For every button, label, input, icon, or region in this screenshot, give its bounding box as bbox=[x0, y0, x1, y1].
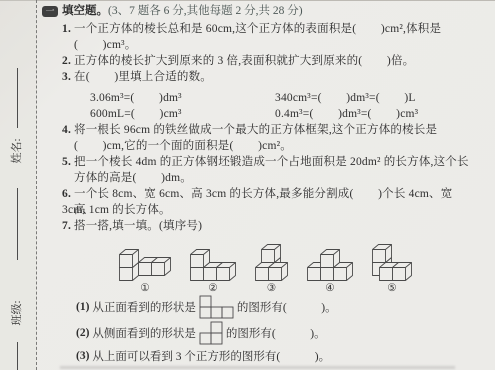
sub-question-2-after: 的图形有( )。 bbox=[226, 325, 326, 341]
extra-blank-line bbox=[17, 342, 18, 370]
section-title: 填空题。 bbox=[62, 3, 108, 19]
name-blank-line bbox=[17, 68, 18, 128]
question-6-number: 6. bbox=[62, 188, 71, 200]
question-4-text: 将一根长 96cm 的铁丝做成一个最大的正方体框架,这个正方体的棱长是 bbox=[74, 124, 437, 136]
class-label: 班级: bbox=[8, 298, 24, 328]
cube-figure-2: ② bbox=[189, 248, 237, 294]
sub-question-2-before: 从侧面看到的形状是 bbox=[92, 325, 196, 341]
question-4-number: 4. bbox=[62, 124, 71, 136]
question-3-conversion-row-2: 600mL=( )cm³0.4m³=( )dm³=( )cm³ bbox=[90, 106, 486, 122]
question-1-text: 一个正方体的棱长总和是 60cm,这个正方体的表面积是( )cm²,体积是 bbox=[74, 23, 441, 35]
question-3-number: 3. bbox=[62, 71, 71, 83]
sub-question-3-text: 从上面可以看到 3 个正方形的图形有( )。 bbox=[92, 348, 330, 364]
cube-figure-3: ③ bbox=[254, 243, 289, 294]
question-1-line-1: 1.一个正方体的棱长总和是 60cm,这个正方体的表面积是( )cm²,体积是 bbox=[62, 21, 486, 37]
class-blank-line bbox=[17, 188, 18, 260]
question-6-line-2: 高 1cm 的长方体。 bbox=[74, 202, 486, 218]
page-top-edge bbox=[0, 0, 495, 1]
name-label: 姓名: bbox=[8, 136, 24, 166]
question-4-line-1: 4.将一根长 96cm 的铁丝做成一个最大的正方体框架,这个正方体的棱长是 bbox=[62, 122, 486, 138]
sub-question-2-number: (2) bbox=[76, 327, 89, 339]
question-4-line-2: ( )cm,它的一个面的面积是( )cm²。 bbox=[74, 138, 486, 154]
question-3-text: 在( )里填上合适的数。 bbox=[74, 71, 212, 83]
figure-label-4: ④ bbox=[325, 283, 334, 294]
next-line-cut-remnant bbox=[60, 366, 455, 369]
question-3-line-1: 3.在( )里填上合适的数。 bbox=[62, 69, 486, 85]
cube-figure-4: ④ bbox=[306, 248, 354, 294]
sub-question-1-before: 从正面看到的形状是 bbox=[92, 299, 196, 315]
cube-figure-1: ① bbox=[118, 248, 172, 294]
conversion-2-left: 600mL=( )cm³ bbox=[90, 106, 275, 122]
sub-question-2: (2)从侧面看到的形状是的图形有( )。 bbox=[76, 320, 486, 346]
figure-label-1: ① bbox=[140, 283, 149, 294]
question-2-number: 2. bbox=[62, 55, 71, 67]
question-7-line-1: 7.搭一搭,填一填。(填序号) bbox=[62, 218, 486, 234]
question-5-line-2: 方体的高是( )dm。 bbox=[74, 170, 486, 186]
figure-label-2: ② bbox=[208, 283, 217, 294]
conversion-2-right: 0.4m³=( )dm³=( )cm³ bbox=[275, 106, 418, 122]
question-2-text: 正方体的棱长扩大到原来的 3 倍,表面积就扩大到原来的( )倍。 bbox=[74, 55, 414, 67]
conversion-1-left: 3.06m³=( )dm³ bbox=[90, 90, 275, 106]
cube-figures-row: ①②③④⑤ bbox=[118, 240, 486, 294]
side-view-shape bbox=[199, 321, 223, 345]
section-number-badge: 一 bbox=[42, 6, 58, 17]
question-3-conversion-row-1: 3.06m³=( )dm³340cm³=( )dm³=( )L bbox=[90, 90, 486, 106]
conversion-1-right: 340cm³=( )dm³=( )L bbox=[275, 90, 416, 106]
question-1-line-2: ( )cm³。 bbox=[74, 37, 486, 53]
worksheet-content: 一 填空题。 (3、7 题各 6 分,其他每题 2 分,共 28 分) 1.一个… bbox=[42, 3, 486, 366]
section-score-note: (3、7 题各 6 分,其他每题 2 分,共 28 分) bbox=[108, 3, 303, 19]
question-5-number: 5. bbox=[62, 156, 71, 168]
question-2-line-1: 2.正方体的棱长扩大到原来的 3 倍,表面积就扩大到原来的( )倍。 bbox=[62, 53, 486, 69]
question-5-line-1: 5.把一个棱长 4dm 的正方体钢坯锻造成一个占地面积是 20dm² 的长方体,… bbox=[62, 154, 486, 170]
section-header: 一 填空题。 (3、7 题各 6 分,其他每题 2 分,共 28 分) bbox=[42, 3, 486, 19]
cube-figure-5: ⑤ bbox=[371, 243, 413, 294]
figure-label-5: ⑤ bbox=[387, 283, 396, 294]
question-7-number: 7. bbox=[62, 220, 71, 232]
figure-label-3: ③ bbox=[267, 283, 276, 294]
front-view-shape bbox=[199, 295, 234, 319]
binding-margin: 姓名: 班级: bbox=[0, 0, 37, 370]
question-7-text: 搭一搭,填一填。(填序号) bbox=[74, 220, 202, 232]
question-6-line-1: 6.一个长 8cm、宽 6cm、高 3cm 的长方体,最多能分割成( )个长 4… bbox=[62, 186, 486, 202]
sub-question-3: (3)从上面可以看到 3 个正方形的图形有( )。 bbox=[76, 346, 486, 366]
sub-question-3-number: (3) bbox=[76, 350, 89, 362]
question-5-text: 把一个棱长 4dm 的正方体钢坯锻造成一个占地面积是 20dm² 的长方体,这个… bbox=[74, 156, 469, 168]
sub-question-1-after: 的图形有( )。 bbox=[237, 299, 337, 315]
sub-question-1-number: (1) bbox=[76, 301, 89, 313]
question-1-number: 1. bbox=[62, 23, 71, 35]
sub-question-1: (1)从正面看到的形状是的图形有( )。 bbox=[76, 294, 486, 320]
